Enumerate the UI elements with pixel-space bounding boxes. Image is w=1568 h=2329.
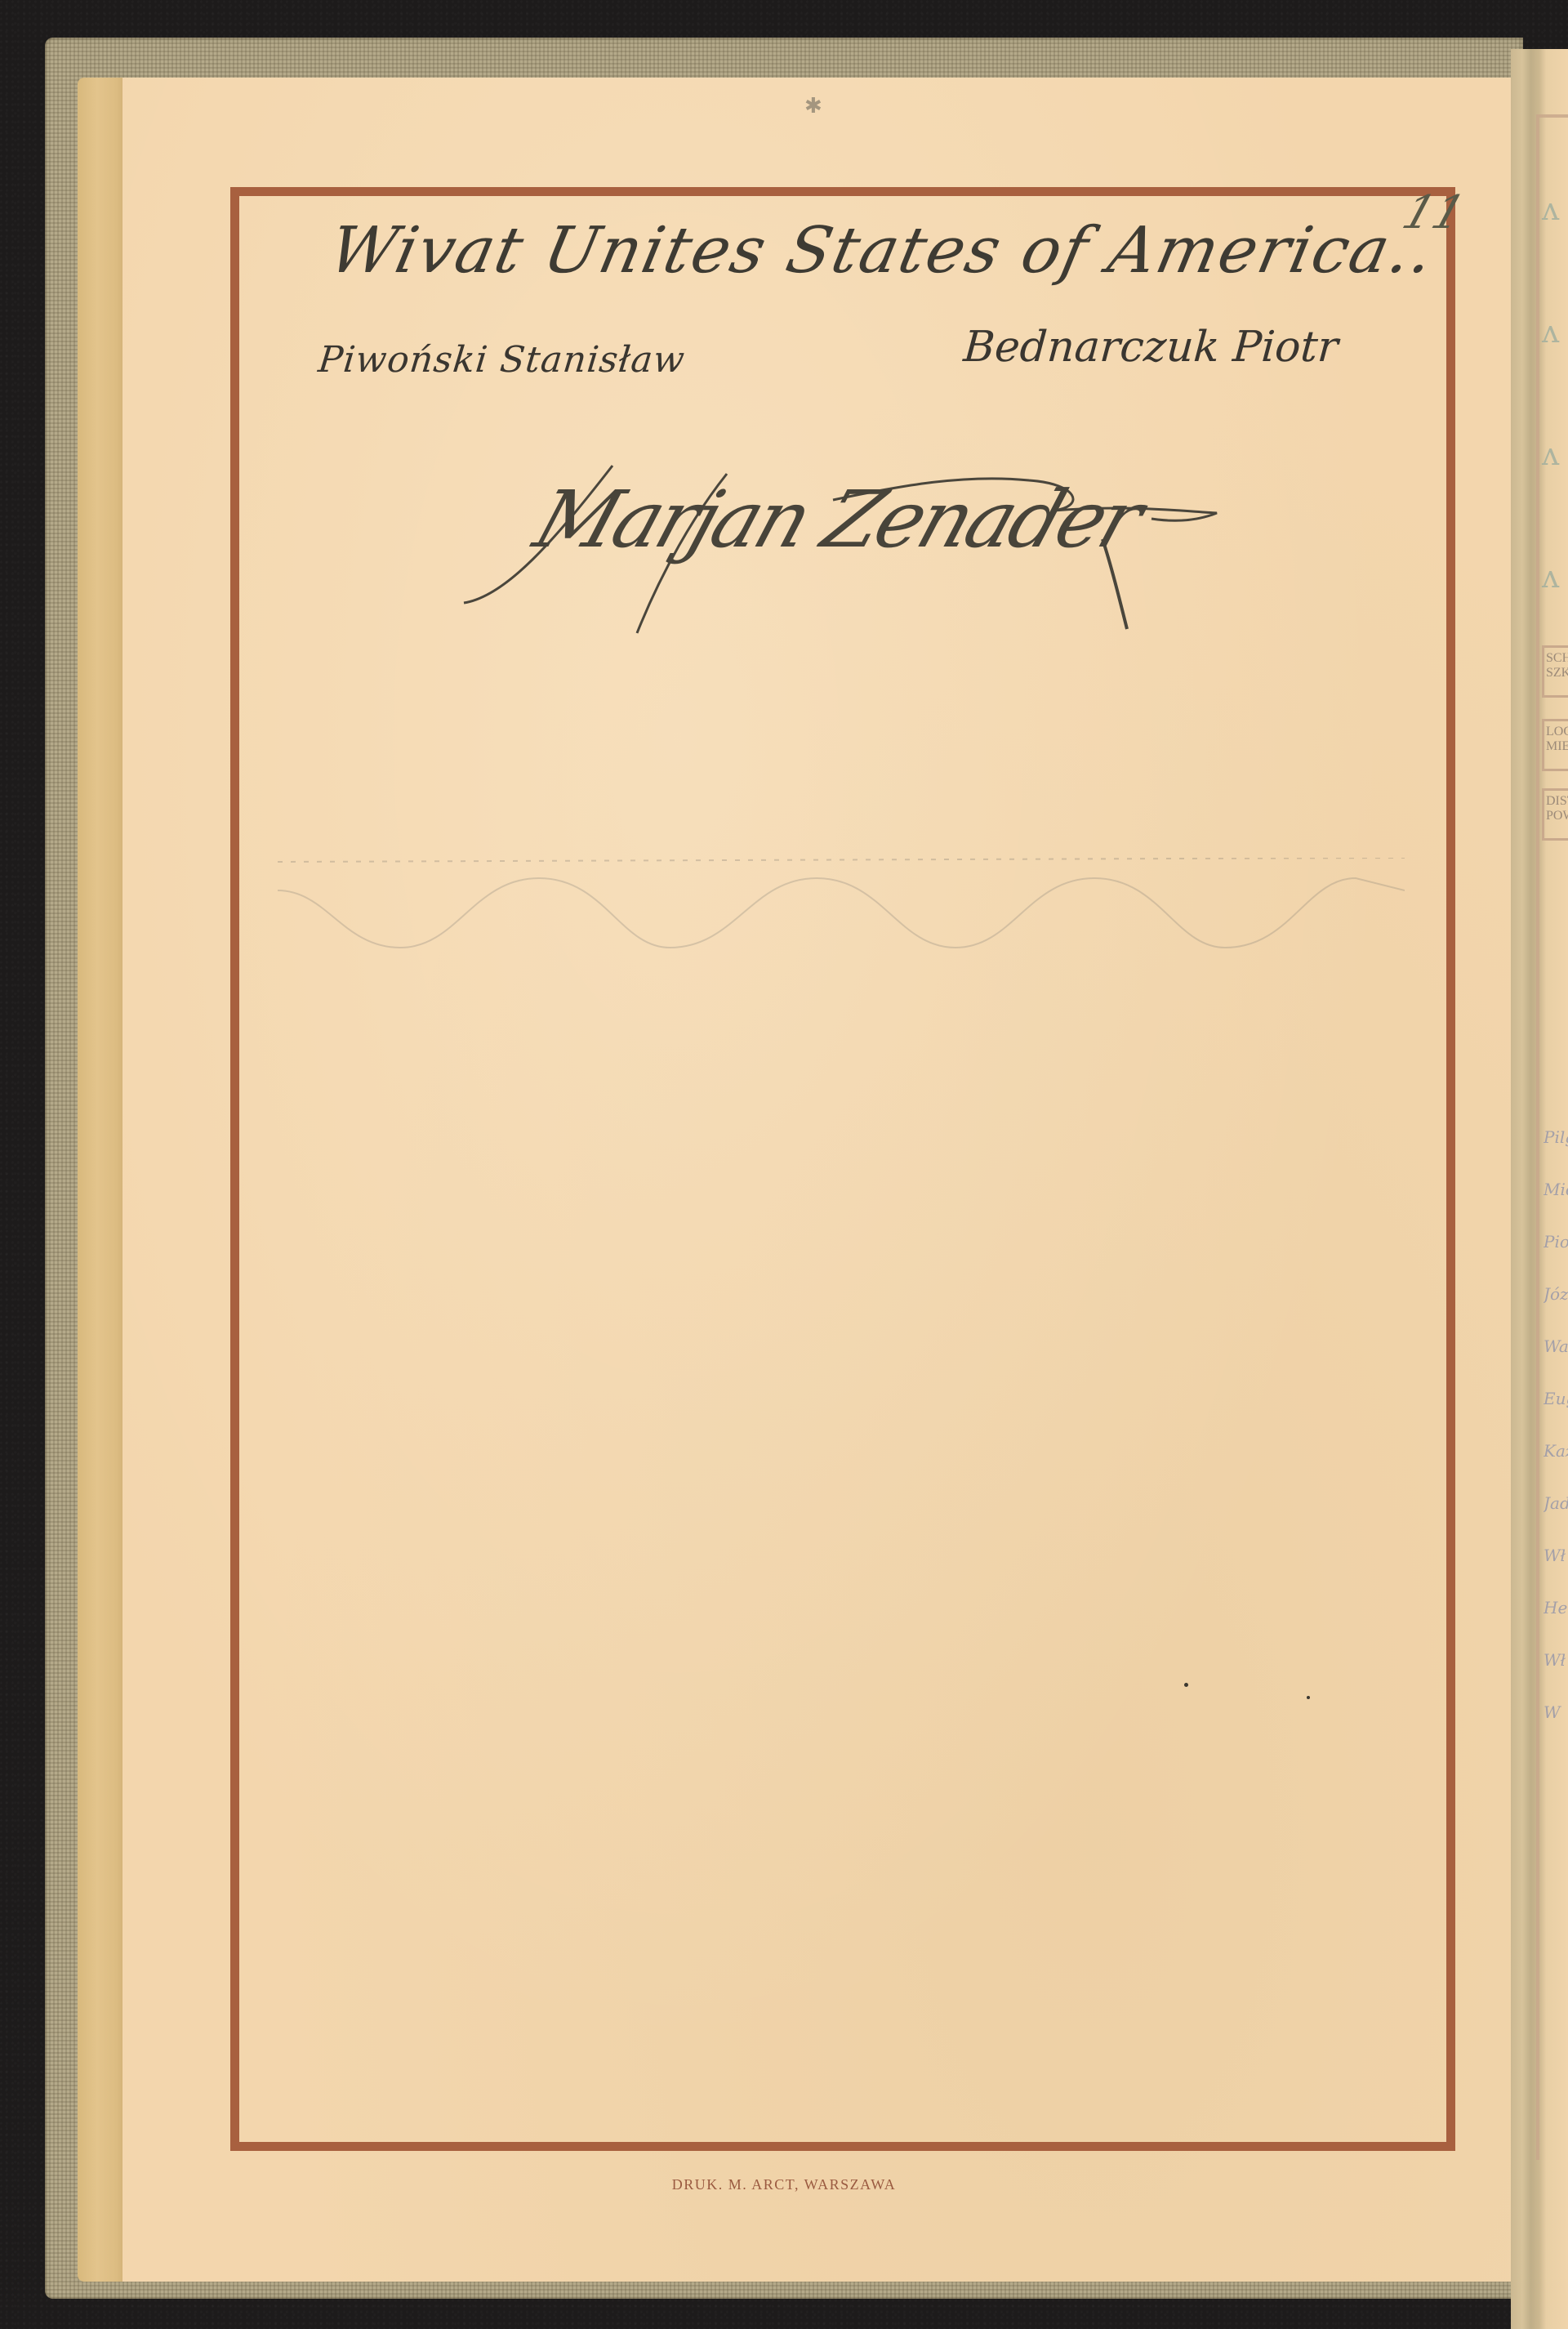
adjacent-ornament-icon: ʌ xyxy=(1542,555,1568,598)
adjacent-label-location: LOC MIEJ xyxy=(1542,719,1568,771)
page-block-edges xyxy=(78,78,127,2282)
ink-speck xyxy=(1184,1683,1188,1687)
handwritten-heading: Wivat Unites States of America.. xyxy=(323,214,1441,288)
adjacent-ornament-icon: ʌ xyxy=(1542,188,1568,230)
adjacent-page-names: Pilg Mic Pio Józ Wa Eug Kaz Jad Wł Heh W… xyxy=(1543,1111,1568,1738)
handwritten-signature-bednarczuk: Bednarczuk Piotr xyxy=(962,323,1340,372)
ink-speck xyxy=(1307,1696,1310,1699)
bleed-through-pattern xyxy=(278,858,1405,956)
handwritten-signature-piwonski: Piwoński Stanisław xyxy=(316,339,687,381)
printer-imprint: DRUK. M. ARCT, WARSZAWA xyxy=(0,2176,1568,2193)
adjacent-ornament-icon: ʌ xyxy=(1542,433,1568,475)
main-signature: Marjan Zenader xyxy=(524,474,1151,565)
adjacent-ornament-icon: ʌ xyxy=(1542,310,1568,353)
adjacent-label-district: DIST POW xyxy=(1542,788,1568,841)
adjacent-label-school: SCHO SZKO xyxy=(1542,645,1568,698)
top-ornament-mark: ✱ xyxy=(804,94,822,118)
